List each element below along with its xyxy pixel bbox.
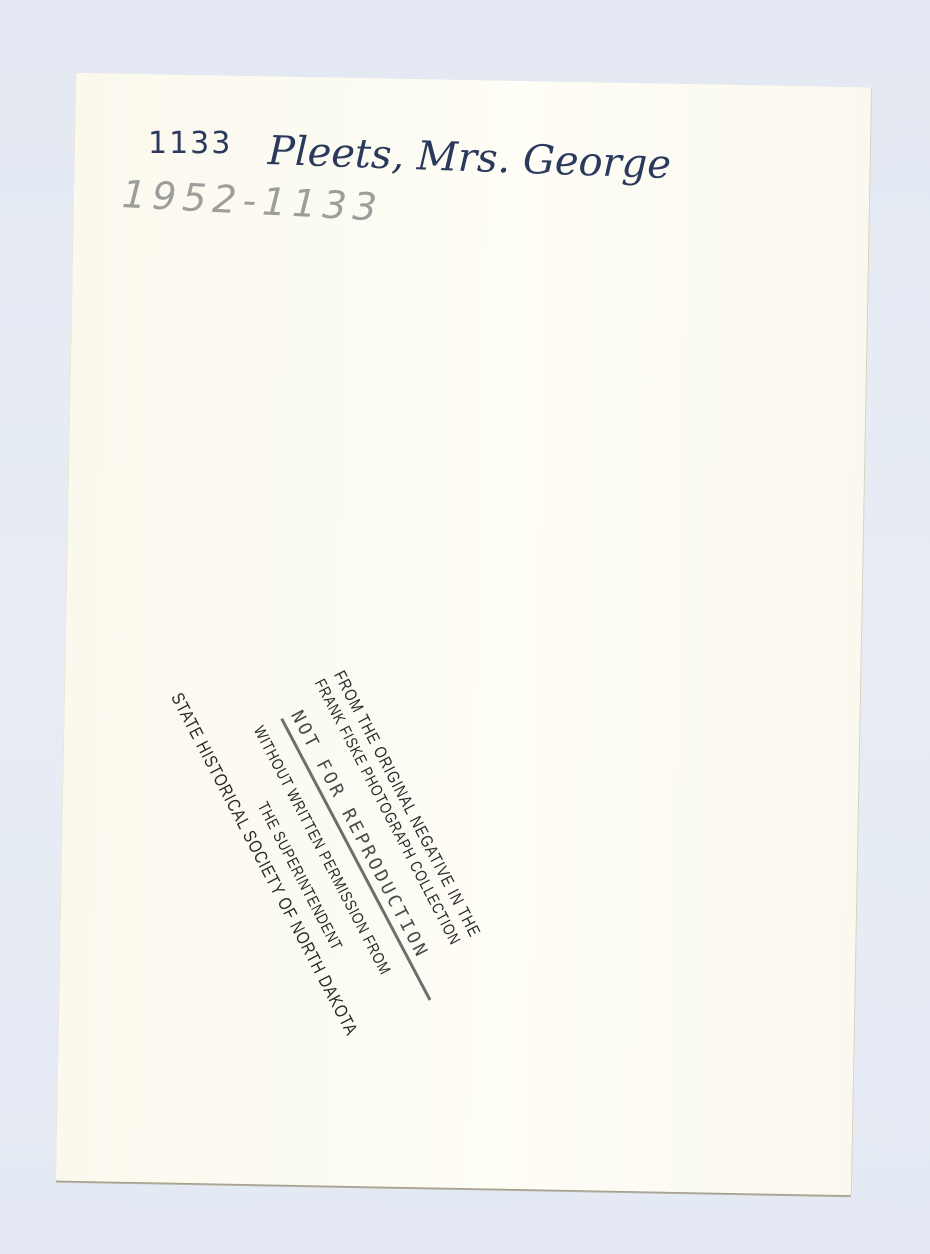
photo-card-back	[56, 73, 871, 1195]
handwritten-catalog-number: 1133	[148, 126, 232, 161]
